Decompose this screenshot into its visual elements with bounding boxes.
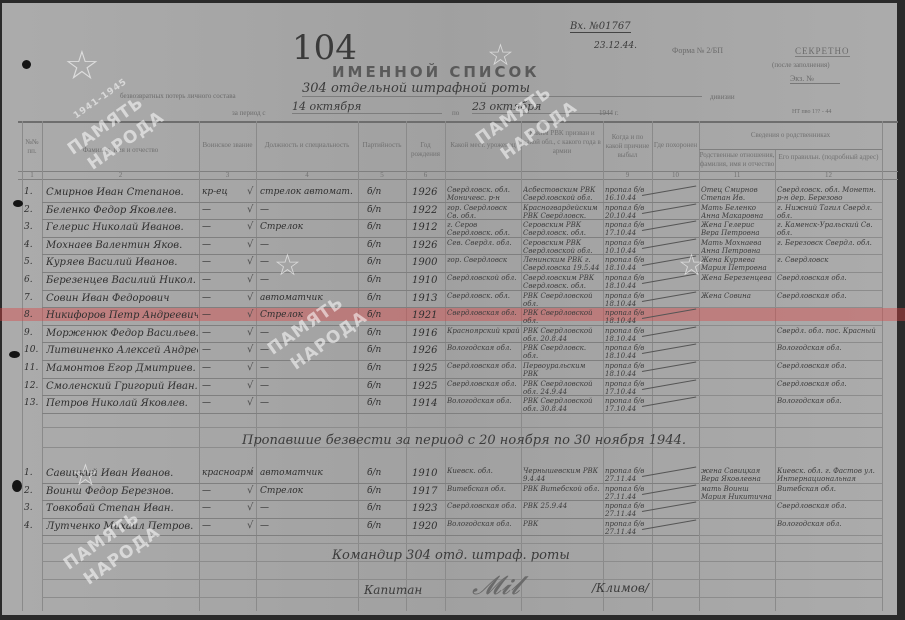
soldier-name: Никифоров Петр Андреевич	[46, 310, 198, 321]
checkmark-icon: √	[247, 397, 253, 408]
col-header-party: Партийность	[358, 141, 406, 150]
position-cell: Стрелок	[260, 222, 356, 232]
position-cell: —	[260, 205, 356, 215]
col-header-rank: Воинское звание	[199, 141, 256, 150]
star-icon: ☆	[72, 458, 99, 493]
position-cell: —	[260, 503, 356, 513]
soldier-name: Смирнов Иван Степанов.	[46, 187, 198, 198]
relative-cell: жена Савицкая Вера Яковлевна	[701, 467, 774, 483]
left-cell: пропал б/в 27.11.44	[605, 485, 651, 501]
soldier-name: Савицкий Иван Иванов.	[46, 468, 198, 479]
folio-number: 104	[292, 28, 357, 68]
rvk-cell: РВК Свердловской обл.	[523, 292, 602, 308]
division-label: дивизии	[710, 93, 735, 101]
col-num: 1	[22, 171, 42, 180]
party-cell: б/п	[367, 363, 403, 373]
birth-year-cell: 1925	[412, 381, 444, 392]
incoming-stamp: Вх. №01767	[570, 21, 631, 33]
print-code: НТ пво 1?? - 44	[792, 109, 831, 115]
relative-cell: Мать Беленко Анна Макаровна	[701, 204, 774, 220]
birthplace-cell: гор. Свердловск	[447, 256, 520, 272]
incoming-date: 23.12.44.	[594, 41, 637, 51]
soldier-name: Мамонтов Егор Дмитриев.	[46, 363, 198, 374]
rvk-cell: РВК Свердловской обл. 24.9.44	[523, 380, 602, 396]
soldier-name: Мохнаев Валентин Яков.	[46, 240, 198, 251]
birth-year-cell: 1926	[412, 345, 444, 356]
row-number: 3.	[24, 222, 42, 232]
checkmark-icon: √	[247, 239, 253, 250]
rvk-cell: РВК Свердловск. обл.	[523, 344, 602, 360]
soldier-name: Совин Иван Федорович	[46, 293, 198, 304]
col-header-birth-year: Год рождения	[406, 141, 445, 159]
signature-scribble: 𝓜𝓲𝓵	[472, 571, 520, 602]
address-cell: Свердловская обл.	[777, 274, 881, 290]
party-cell: б/п	[367, 293, 403, 303]
party-cell: б/п	[367, 503, 403, 513]
star-icon: ☆	[678, 248, 705, 283]
checkmark-icon: √	[247, 380, 253, 391]
birth-year-cell: 1916	[412, 328, 444, 339]
row-number: 6.	[24, 275, 42, 285]
party-cell: б/п	[367, 468, 403, 478]
rvk-cell: Серовским РВК Свердловской обл.	[523, 239, 602, 255]
ink-spot	[13, 200, 23, 207]
birthplace-cell: Свердловская обл.	[447, 309, 520, 325]
period-from: 14 октября	[292, 100, 442, 114]
left-cell: пропал б/в 17.10.44	[605, 380, 651, 396]
party-cell: б/п	[367, 275, 403, 285]
row-number: 13.	[24, 398, 42, 408]
checkmark-icon: √	[247, 502, 253, 513]
relative-cell: мать Воинш Мария Никитична	[701, 485, 774, 501]
rvk-cell: РВК	[523, 520, 602, 536]
punch-hole	[22, 60, 31, 69]
soldier-name: Морженюк Федор Васильев.	[46, 328, 198, 339]
position-cell: стрелок автомат.	[260, 187, 356, 197]
relative-cell	[701, 520, 774, 536]
copy-label: Экз. №	[790, 74, 840, 84]
relative-cell: Жена Куряева Мария Петровна	[701, 256, 774, 272]
birth-year-cell: 1912	[412, 222, 444, 233]
address-cell: Вологодская обл.	[777, 520, 881, 536]
col-num: 11	[699, 171, 775, 180]
relative-cell: Отец Смирнов Степан Ив.	[701, 186, 774, 202]
rvk-cell: Первоуральским РВК	[523, 362, 602, 378]
star-icon: ☆	[274, 248, 301, 283]
party-cell: б/п	[367, 328, 403, 338]
birth-year-cell: 1926	[412, 187, 444, 198]
birthplace-cell: Свердловск. обл. Моничевс. р-н	[447, 186, 520, 202]
checkmark-icon: √	[247, 204, 253, 215]
period-label: за период с	[232, 109, 265, 117]
position-cell: Стрелок	[260, 486, 356, 496]
birth-year-cell: 1923	[412, 503, 444, 514]
address-cell: Свердловская обл.	[777, 362, 881, 378]
row-number: 2.	[24, 486, 42, 496]
address-cell: Вологодская обл.	[777, 397, 881, 413]
party-cell: б/п	[367, 222, 403, 232]
checkmark-icon: √	[247, 467, 253, 478]
secret-label: СЕКРЕТНО	[795, 46, 850, 57]
party-cell: б/п	[367, 486, 403, 496]
checkmark-icon: √	[247, 327, 253, 338]
rvk-cell: РВК Свердловской обл.	[523, 309, 602, 325]
birthplace-cell: Витебская обл.	[447, 485, 520, 501]
relative-cell	[701, 344, 774, 360]
birthplace-cell: г. Серов Свердловск. обл.	[447, 221, 520, 237]
birth-year-cell: 1921	[412, 310, 444, 321]
relative-cell	[701, 502, 774, 518]
col-header-position: Должность и специальность	[256, 141, 358, 150]
relative-cell	[701, 309, 774, 325]
birthplace-cell: Свердловск. обл.	[447, 292, 520, 308]
rvk-cell: Ленинским РВК г. Свердловска 19.5.44	[523, 256, 602, 272]
secret-sub: (после заполнения)	[772, 61, 830, 69]
soldier-name: Березенцев Василий Никол.	[46, 275, 198, 286]
col-num: 2	[42, 171, 199, 180]
address-cell: Свердловск. обл. Монетн. р-н дер. Березо…	[777, 186, 881, 202]
birthplace-cell: Свердловская обл.	[447, 380, 520, 396]
address-cell: Свердловская обл.	[777, 380, 881, 396]
col-num: 6	[406, 171, 445, 180]
row-number: 11.	[24, 363, 42, 373]
relative-cell: Мать Мохнаева Анна Петровна	[701, 239, 774, 255]
birth-year-cell: 1910	[412, 275, 444, 286]
checkmark-icon: √	[247, 221, 253, 232]
row-number: 12.	[24, 381, 42, 391]
signature-name: /Климов/	[592, 581, 649, 595]
checkmark-icon: √	[247, 520, 253, 531]
row-number: 9.	[24, 328, 42, 338]
ink-spot	[12, 480, 22, 492]
birth-year-cell: 1926	[412, 240, 444, 251]
form-label: Форма № 2/БП	[672, 46, 723, 55]
position-cell: —	[260, 381, 356, 391]
soldier-name: Гелерис Николай Иванов.	[46, 222, 198, 233]
checkmark-icon: √	[247, 362, 253, 373]
birthplace-cell: Киевск. обл.	[447, 467, 520, 483]
birth-year-cell: 1913	[412, 293, 444, 304]
birthplace-cell: Вологодская обл.	[447, 520, 520, 536]
row-number: 5.	[24, 257, 42, 267]
birth-year-cell: 1920	[412, 521, 444, 532]
birthplace-cell: Вологодская обл.	[447, 344, 520, 360]
left-cell: пропал б/в 20.10.44	[605, 204, 651, 220]
star-icon: ☆	[64, 43, 100, 89]
address-cell: Вологодская обл.	[777, 344, 881, 360]
relative-cell	[701, 380, 774, 396]
party-cell: б/п	[367, 310, 403, 320]
rvk-cell: РВК 25.9.44	[523, 502, 602, 518]
year-label: 1944 г.	[599, 109, 619, 117]
col-header-address: Его правильн. (подробный адрес)	[775, 153, 882, 162]
unit-name: 304 отдельной штрафной роты	[302, 81, 702, 97]
rvk-cell: РВК Свердловской обл. 20.8.44	[523, 327, 602, 343]
row-number: 10.	[24, 345, 42, 355]
soldier-name: Смоленский Григорий Иван.	[46, 381, 198, 392]
rvk-cell: Асбестовским РВК Свердловской обл. 10.11…	[523, 186, 602, 202]
birth-year-cell: 1914	[412, 398, 444, 409]
birth-year-cell: 1925	[412, 363, 444, 374]
birthplace-cell: Сев. Свердл. обл.	[447, 239, 520, 255]
address-cell	[777, 309, 881, 325]
birth-year-cell: 1922	[412, 205, 444, 216]
row-number: 7.	[24, 293, 42, 303]
relative-cell: Жена Гелерис Вера Петровна	[701, 221, 774, 237]
relative-cell	[701, 397, 774, 413]
soldier-name: Товкобай Степан Иван.	[46, 503, 198, 514]
section-heading: Пропавшие безвести за период с 20 ноября…	[242, 433, 686, 448]
party-cell: б/п	[367, 345, 403, 355]
address-cell: г. Нижний Тагил Свердл. обл.	[777, 204, 881, 220]
address-cell: Свердловская обл.	[777, 292, 881, 308]
birth-year-cell: 1910	[412, 468, 444, 479]
party-cell: б/п	[367, 187, 403, 197]
period-to-label: по	[452, 109, 459, 117]
soldier-name: Литвиненко Алексей Андреев.	[46, 345, 198, 356]
rvk-cell: РВК Свердловской обл. 30.8.44	[523, 397, 602, 413]
address-cell: Киевск. обл. г. Фастов ул. Интернационал…	[777, 467, 881, 483]
checkmark-icon: √	[247, 344, 253, 355]
party-cell: б/п	[367, 240, 403, 250]
rvk-cell: РВК Витебской обл.	[523, 485, 602, 501]
birth-year-cell: 1900	[412, 257, 444, 268]
checkmark-icon: √	[247, 485, 253, 496]
address-cell: Свердл. обл. пос. Красный	[777, 327, 881, 343]
row-number: 8.	[24, 310, 42, 320]
star-icon: ☆	[487, 38, 514, 73]
col-header-relative: Родственные отношения, фамилия, имя и от…	[699, 151, 775, 169]
party-cell: б/п	[367, 257, 403, 267]
row-number: 4.	[24, 521, 42, 531]
birth-year-cell: 1917	[412, 486, 444, 497]
col-header-left: Когда и по какой причине выбыл	[603, 133, 652, 160]
position-cell: автоматчик	[260, 468, 356, 478]
address-cell: г. Березовск Свердл. обл.	[777, 239, 881, 255]
rvk-cell: Красногвардейским РВК Свердловск. 2.4.44	[523, 204, 602, 220]
relative-cell: Жена Совина	[701, 292, 774, 308]
checkmark-icon: √	[247, 309, 253, 320]
birthplace-cell: Свердловская обл.	[447, 502, 520, 518]
row-number: 4.	[24, 240, 42, 250]
col-num: 4	[256, 171, 358, 180]
checkmark-icon: √	[247, 292, 253, 303]
relatives-group-header: Сведения о родственниках	[699, 131, 882, 140]
checkmark-icon: √	[247, 256, 253, 267]
birthplace-cell: Вологодская обл.	[447, 397, 520, 413]
position-cell: —	[260, 398, 356, 408]
signature-rank: Капитан	[364, 583, 422, 597]
address-cell: г. Каменск-Уральский Св. обл.	[777, 221, 881, 237]
row-number: 1.	[24, 468, 42, 478]
soldier-name: Куряев Василий Иванов.	[46, 257, 198, 268]
document-sheet: 104 ИМЕННОЙ СПИСОК Вх. №01767 23.12.44. …	[2, 3, 897, 615]
birthplace-cell: гор. Свердловск Св. обл.	[447, 204, 520, 220]
relative-cell	[701, 327, 774, 343]
col-num: 9	[603, 171, 652, 180]
row-number: 3.	[24, 503, 42, 513]
checkmark-icon: √	[247, 274, 253, 285]
soldier-name: Воинш Федор Березнов.	[46, 486, 198, 497]
address-cell: Витебская обл.	[777, 485, 881, 501]
checkmark-icon: √	[247, 186, 253, 197]
relative-cell	[701, 362, 774, 378]
address-cell: г. Свердловск	[777, 256, 881, 272]
party-cell: б/п	[367, 521, 403, 531]
col-num: 12	[775, 171, 882, 180]
birthplace-cell: Свердловской обл.	[447, 274, 520, 290]
birthplace-cell: Свердловская обл.	[447, 362, 520, 378]
address-cell: Свердловская обл.	[777, 502, 881, 518]
ink-spot	[9, 351, 20, 358]
birthplace-cell: Красноярский край	[447, 327, 520, 343]
row-number: 1.	[24, 187, 42, 197]
col-num: 10	[652, 171, 699, 180]
soldier-name: Петров Николай Яковлев.	[46, 398, 198, 409]
col-header-number: №№ пп.	[22, 138, 42, 156]
left-cell: пропал б/в 18.10.44	[605, 292, 651, 308]
row-number: 2.	[24, 205, 42, 215]
position-cell: —	[260, 521, 356, 531]
rvk-cell: Серовским РВК Свердловск. обл.	[523, 221, 602, 237]
party-cell: б/п	[367, 205, 403, 215]
party-cell: б/п	[367, 381, 403, 391]
left-cell: пропал б/в 27.11.44	[605, 520, 651, 536]
col-num: 5	[358, 171, 406, 180]
col-num: 3	[199, 171, 256, 180]
col-header-buried: Где похоронен	[652, 141, 699, 150]
soldier-name: Беленко Федор Яковлев.	[46, 205, 198, 216]
rvk-cell: Чернышевским РВК 9.4.44	[523, 467, 602, 483]
party-cell: б/п	[367, 398, 403, 408]
signature-title: Командир 304 отд. штраф. роты	[332, 548, 570, 563]
relative-cell: Жена Березенцева	[701, 274, 774, 290]
rvk-cell: Свердловским РВК Свердловск. обл. 2.4.44	[523, 274, 602, 290]
